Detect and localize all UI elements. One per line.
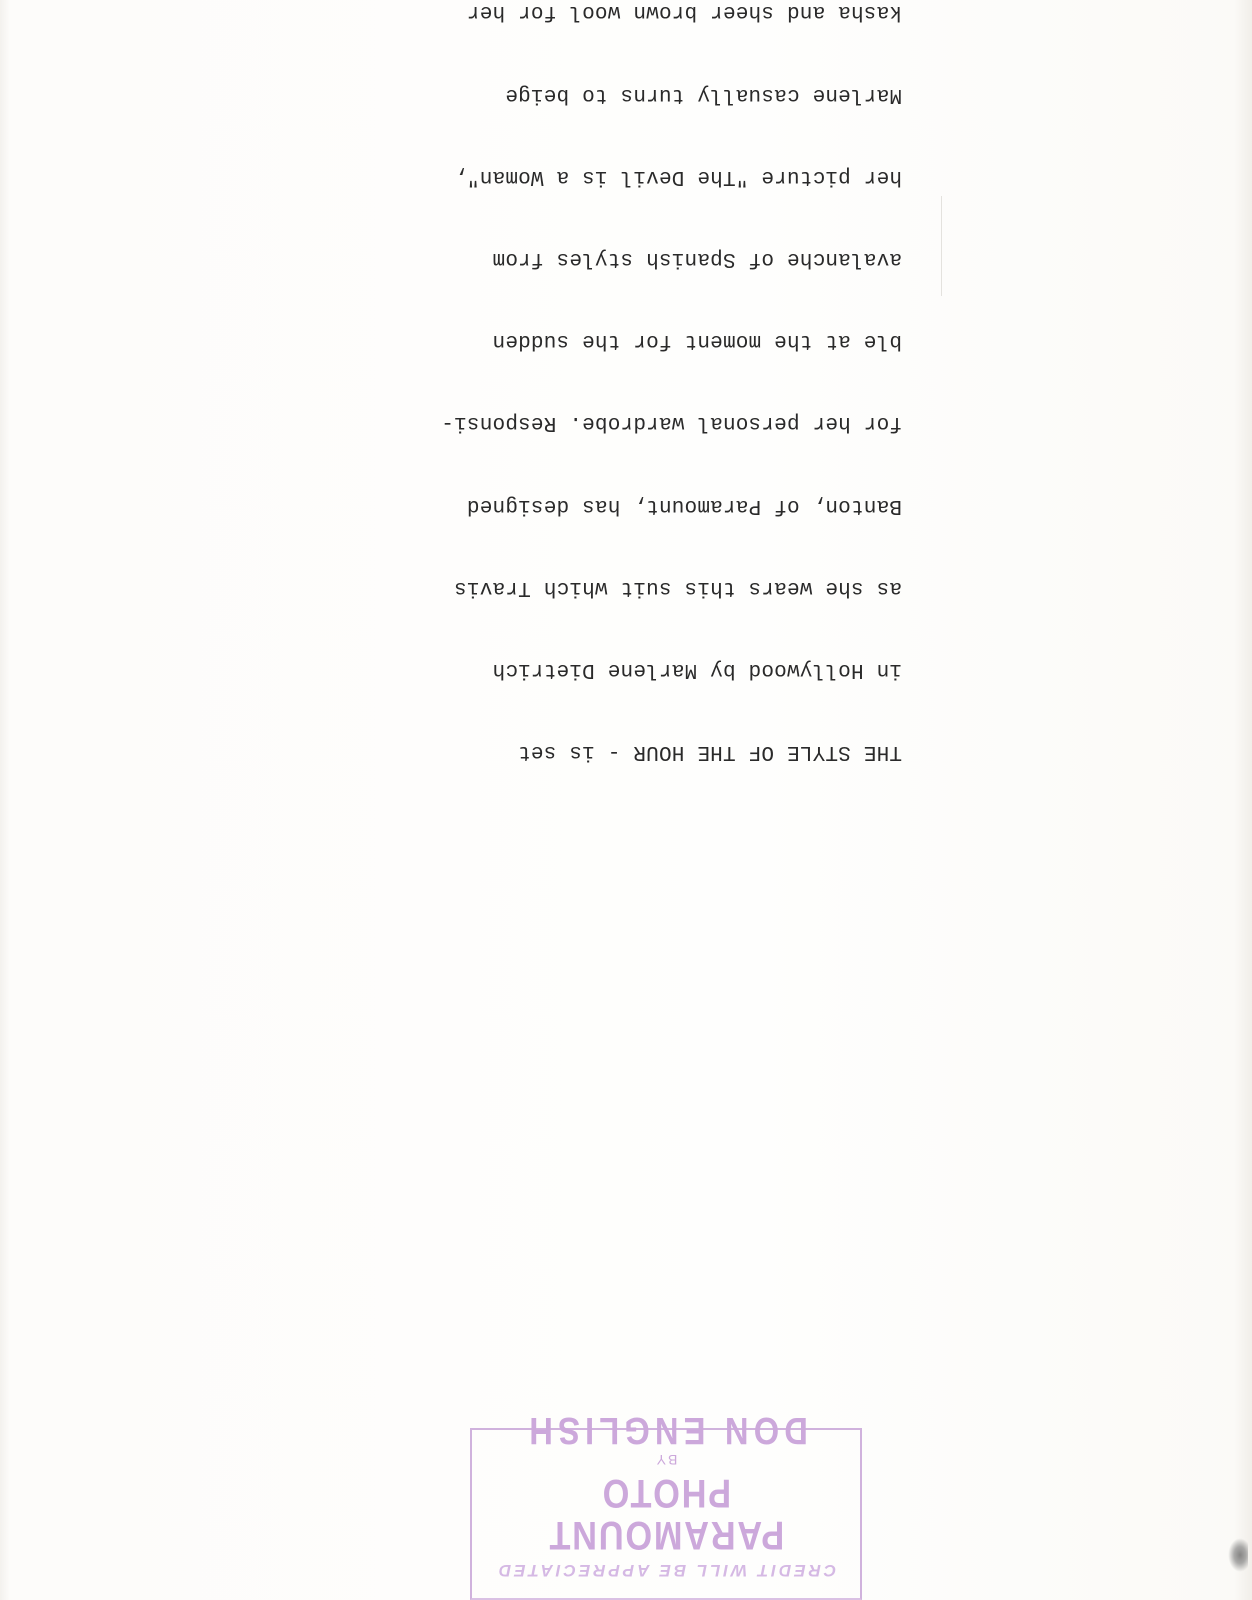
stamp-by: BY xyxy=(472,1452,860,1468)
caption-line: in Hollywood by Marlene Dietrich xyxy=(372,656,902,683)
paper-edge-shadow xyxy=(1234,0,1252,1600)
caption-line: kasha and sheer brown wool for her xyxy=(372,0,902,25)
caption-line: THE STYLE OF THE HOUR - is set xyxy=(372,738,902,765)
stamp-agency: PARAMOUNT PHOTO xyxy=(499,1472,833,1556)
caption-line: as she wears this suit which Travis xyxy=(372,573,902,600)
caption-line: ble at the moment for the sudden xyxy=(372,327,902,354)
caption-line: Marlene casually turns to beige xyxy=(372,80,902,107)
caption-line: for her personal wardrobe. Responsi- xyxy=(372,409,902,436)
ink-smudge xyxy=(1228,1538,1248,1572)
typed-caption: THE STYLE OF THE HOUR - is set in Hollyw… xyxy=(372,340,902,820)
photographer-stamp: CREDIT WILL BE APPRECIATED PARAMOUNT PHO… xyxy=(470,1428,862,1600)
stamp-credit-line: CREDIT WILL BE APPRECIATED xyxy=(472,1560,860,1580)
caption-line: Banton, of Paramount, has designed xyxy=(372,491,902,518)
caption-line: avalanche of Spanish styles from xyxy=(372,245,902,272)
caption-line: her picture "The Devil is a Woman", xyxy=(372,162,902,189)
stamp-photographer: DON ENGLISH xyxy=(499,1410,833,1450)
paper-crease xyxy=(941,196,942,296)
